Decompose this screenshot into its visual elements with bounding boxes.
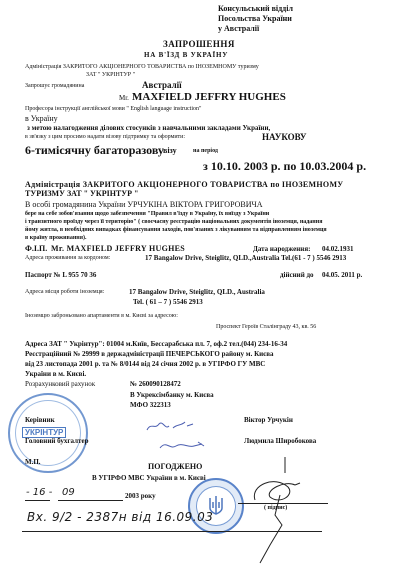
dob-value: 04.02.1931	[322, 245, 354, 253]
dob-label: Дата народження:	[253, 245, 310, 253]
recipient-line: у Австралії	[218, 24, 293, 34]
bank-mfo: МФО 322313	[130, 401, 171, 409]
work-tel: Tel. ( 61 – 7 ) 5546 2913	[133, 298, 203, 306]
passport-valid-label: дійсний до	[280, 271, 314, 279]
recipient-block: Консульський відділ Посольства України у…	[218, 4, 293, 34]
intro-line: Адміністрація ЗАКРИТОГО АКЦІОНЕРНОГО ТОВ…	[25, 64, 259, 70]
approval-authority: В УГІРФО МВС України в м. Києві	[92, 474, 206, 482]
invitee-name: MAXFIELD JEFFRY HUGHES	[132, 91, 286, 103]
company-registration: Реєстраційний № 29999 в держадміністраці…	[25, 350, 274, 358]
obligation-line: ТУРИЗМУ ЗАТ " УКРІНТУР "	[25, 189, 138, 198]
obligation-line: бере на себе зобов'язання щодо забезпече…	[25, 211, 269, 217]
invitee-country: Австралії	[142, 80, 182, 90]
approval-day-value: 16	[33, 487, 46, 498]
account-number: № 260090128472	[130, 380, 181, 388]
name-prefix: Mr.	[119, 94, 129, 102]
fio-value: Mr. MAXFIELD JEFFRY HUGHES	[51, 244, 185, 253]
accountant-signature-icon	[158, 438, 208, 452]
bank-name: В Укрексімбанку м. Києва	[130, 391, 214, 399]
document-title: ЗАПРОШЕННЯ	[163, 39, 235, 49]
company-address: Адреса ЗАТ " Укрінтур": 01004 м.Київ, Бе…	[25, 340, 287, 348]
address-value: 17 Bangalow Drive, Steiglitz, QLD.,Austr…	[145, 254, 346, 262]
company-stamp: УКРІНТУР	[8, 393, 88, 473]
director-label: Керівник	[25, 416, 55, 424]
visa-word: візу	[163, 146, 177, 155]
purpose: з метою налагодження ділових стосунків з…	[27, 124, 270, 132]
apartment-label: Іноземцю заброньовано апартаменти в м. К…	[25, 313, 178, 319]
recipient-line: Консульський відділ	[218, 4, 293, 14]
address-label: Адреса проживання за кордоном:	[25, 255, 110, 261]
account-label: Розрахунковий рахунок	[25, 380, 95, 388]
request-text: в зв'язку з цим просимо надати візову пі…	[25, 134, 185, 140]
work-address-label: Адреса місця роботи іноземця:	[25, 289, 104, 295]
approval-day: - 16 -	[26, 487, 52, 498]
accountant-label: Головний бухгалтер	[25, 437, 88, 445]
obligation-line: йому житла, в необхідних випадках фінанс…	[25, 227, 327, 233]
company-dates: від 23 листопада 2001 р. та № 8/0144 від…	[25, 360, 265, 368]
company-dates-cont: України в м. Києві.	[25, 370, 86, 378]
approval-month: 09	[62, 487, 75, 498]
visa-type: 6-тимісячну багаторазову	[25, 143, 164, 158]
obligation-line: і транзитного проїзду через її територію…	[25, 219, 322, 225]
obligation-line: в країну проживання).	[25, 235, 87, 241]
period-label: на період	[193, 148, 218, 154]
visa-kind: НАУКОВУ	[262, 132, 307, 142]
invites-label: Запрошує громадянина	[25, 83, 84, 89]
passport-number: Паспорт № L 955 70 36	[25, 271, 96, 279]
visa-period: з 10.10. 2003 р. по 10.03.2004 р.	[203, 159, 366, 174]
apartment-address: Проспект Героїв Сталінграду 43, кв. 56	[216, 324, 316, 330]
approval-title: ПОГОДЖЕНО	[148, 462, 202, 471]
work-address-value: 17 Bangalow Drive, Steiglitz, QLD., Aust…	[129, 288, 265, 296]
director-signature-icon	[145, 418, 195, 434]
approval-year: 2003 року	[125, 492, 156, 500]
registration-note: Вх. 9/2 - 2387н від 16.09.03	[27, 510, 213, 524]
document-subtitle: НА В'ЇЗД В УКРАЇНУ	[144, 51, 228, 59]
recipient-line: Посольства України	[218, 14, 293, 24]
intro-company: ЗАТ " УКРІНТУР "	[86, 72, 135, 78]
obligation-line: Адміністрація ЗАКРИТОГО АКЦІОНЕРНОГО ТОВ…	[25, 180, 343, 189]
seal-label: М.П.	[25, 458, 41, 466]
signature-caption: ( підпис)	[264, 505, 287, 511]
passport-valid-value: 04.05. 2011 р.	[322, 271, 362, 279]
obligation-line: В особі громадянина України УРЧУКІНА ВІК…	[25, 200, 263, 209]
director-name: Віктор Урчукін	[244, 416, 293, 424]
fio-label: Ф.І.П.	[25, 244, 47, 253]
invitee-profession: Професора інструкції англійської мови " …	[25, 106, 201, 112]
accountant-name: Людмила Широбокова	[244, 437, 316, 445]
ministry-stamp	[188, 478, 244, 534]
destination: в Україну	[25, 114, 58, 123]
